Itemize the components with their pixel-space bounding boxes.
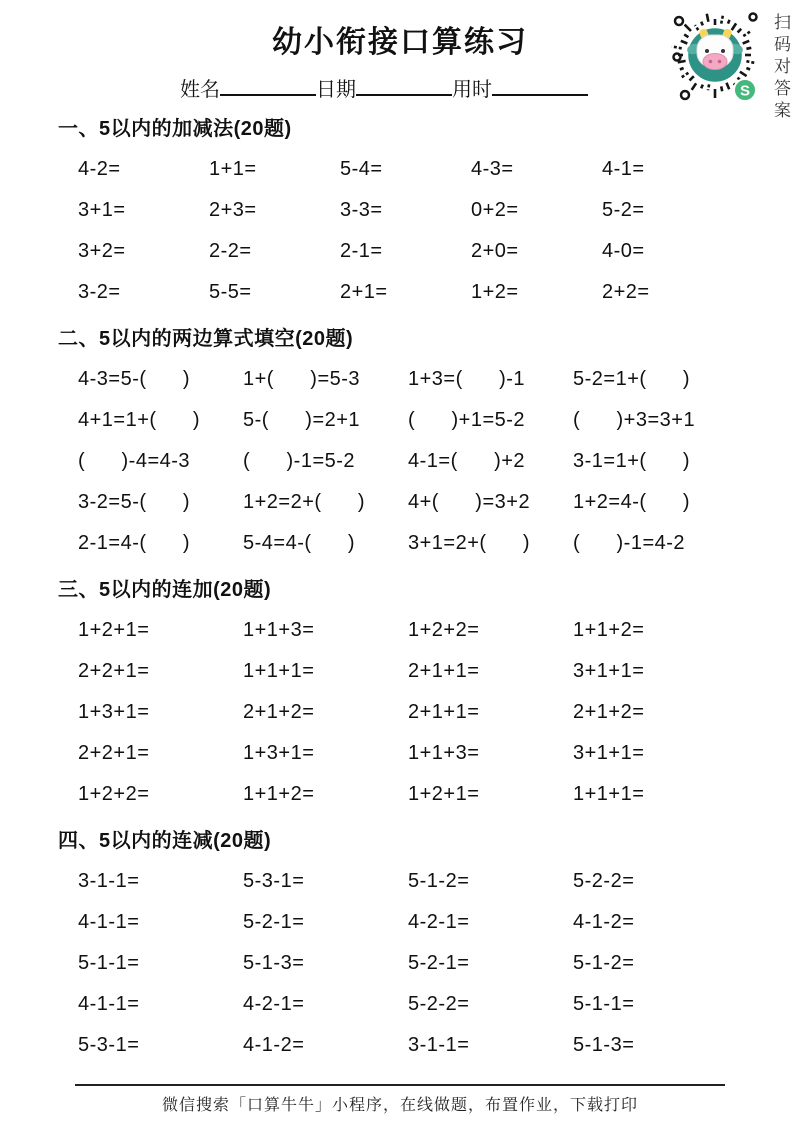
date-blank — [356, 76, 452, 96]
qr-answer-block: S 扫码对答案 — [671, 5, 792, 123]
date-label: 日期 — [316, 79, 356, 101]
problem: 1+2+2= — [78, 774, 243, 815]
problem: 5-3-1= — [243, 861, 408, 902]
problem: 4-1-1= — [78, 902, 243, 943]
problem: 3-2= — [78, 272, 209, 313]
problem: 4-2-1= — [408, 902, 573, 943]
problem-grid: 1+2+1=1+1+3=1+2+2=1+1+2=2+2+1=1+1+1=2+1+… — [78, 610, 800, 815]
problem: 4-1-2= — [243, 1025, 408, 1066]
problem: 5-2-2= — [573, 861, 738, 902]
problem: 1+3+1= — [243, 733, 408, 774]
problem: 2+0= — [471, 231, 602, 272]
problem: 2+1+1= — [408, 651, 573, 692]
problem: 5-1-2= — [573, 943, 738, 984]
qr-code-icon: S — [671, 5, 763, 103]
problem: 5-2= — [602, 190, 733, 231]
problem: 1+2+2= — [408, 610, 573, 651]
problem: 1+1+2= — [243, 774, 408, 815]
problem: 4+( )=3+2 — [408, 482, 573, 523]
problem: ( )+1=5-2 — [408, 400, 573, 441]
sections-container: 一、5以内的加减法(20题)4-2=1+1=5-4=4-3=4-1=3+1=2+… — [0, 115, 800, 1066]
problem: 1+1+3= — [243, 610, 408, 651]
footer-divider — [75, 1084, 725, 1086]
problem: 1+2+1= — [78, 610, 243, 651]
section-heading: 二、5以内的两边算式填空(20题) — [58, 325, 800, 353]
problem: 5-2-2= — [408, 984, 573, 1025]
problem: 1+1+2= — [573, 610, 738, 651]
problem: 3+1=2+( ) — [408, 523, 573, 564]
problem: 5-2-1= — [408, 943, 573, 984]
problem: 3-1=1+( ) — [573, 441, 738, 482]
cow-mascot-icon — [686, 27, 744, 83]
section-1: 一、5以内的加减法(20题)4-2=1+1=5-4=4-3=4-1=3+1=2+… — [0, 115, 800, 313]
problem: 3-1-1= — [408, 1025, 573, 1066]
qr-scan-label: 扫码对答案 — [768, 5, 792, 123]
problem: 5-3-1= — [78, 1025, 243, 1066]
problem: 4+1=1+( ) — [78, 400, 243, 441]
section-2: 二、5以内的两边算式填空(20题)4-3=5-( )1+( )=5-31+3=(… — [0, 325, 800, 564]
problem: 4-3=5-( ) — [78, 359, 243, 400]
problem: 5-4=4-( ) — [243, 523, 408, 564]
problem: 4-2-1= — [243, 984, 408, 1025]
problem: 1+2=4-( ) — [573, 482, 738, 523]
name-label: 姓名 — [180, 79, 220, 101]
problem: 3-1-1= — [78, 861, 243, 902]
problem: 5-( )=2+1 — [243, 400, 408, 441]
page-footer: 微信搜索「口算牛牛」小程序，在线做题，布置作业，下载打印 — [0, 1084, 800, 1117]
problem: 3+1+1= — [573, 651, 738, 692]
problem: 5-1-1= — [78, 943, 243, 984]
problem: 4-1=( )+2 — [408, 441, 573, 482]
problem: 1+2= — [471, 272, 602, 313]
problem: 2+1+1= — [408, 692, 573, 733]
problem: 1+( )=5-3 — [243, 359, 408, 400]
problem: 0+2= — [471, 190, 602, 231]
problem: 4-1-2= — [573, 902, 738, 943]
footer-text: 微信搜索「口算牛牛」小程序，在线做题，布置作业，下载打印 — [0, 1095, 800, 1117]
problem: 5-2-1= — [243, 902, 408, 943]
problem: 4-0= — [602, 231, 733, 272]
problem: 1+3=( )-1 — [408, 359, 573, 400]
svg-text:S: S — [740, 83, 750, 100]
section-3: 三、5以内的连加(20题)1+2+1=1+1+3=1+2+2=1+1+2=2+2… — [0, 576, 800, 815]
problem: 2+1+2= — [243, 692, 408, 733]
problem: ( )+3=3+1 — [573, 400, 738, 441]
problem: 4-2= — [78, 149, 209, 190]
problem: 2+3= — [209, 190, 340, 231]
wechat-miniprogram-icon: S — [734, 79, 756, 101]
problem: 1+2=2+( ) — [243, 482, 408, 523]
problem: 3-3= — [340, 190, 471, 231]
problem: 4-3= — [471, 149, 602, 190]
problem: 4-1= — [602, 149, 733, 190]
problem: 2-1=4-( ) — [78, 523, 243, 564]
problem: 1+1+3= — [408, 733, 573, 774]
problem: ( )-1=5-2 — [243, 441, 408, 482]
problem: ( )-1=4-2 — [573, 523, 738, 564]
problem: 2-2= — [209, 231, 340, 272]
problem: 1+2+1= — [408, 774, 573, 815]
problem: 2+1= — [340, 272, 471, 313]
problem: 5-4= — [340, 149, 471, 190]
section-4: 四、5以内的连减(20题)3-1-1=5-3-1=5-1-2=5-2-2=4-1… — [0, 827, 800, 1066]
problem: 5-1-2= — [408, 861, 573, 902]
problem: 5-1-3= — [573, 1025, 738, 1066]
section-heading: 四、5以内的连减(20题) — [58, 827, 800, 855]
name-blank — [220, 76, 316, 96]
problem: 2+2+1= — [78, 733, 243, 774]
time-blank — [492, 76, 588, 96]
problem: 3+1+1= — [573, 733, 738, 774]
problem: 5-1-1= — [573, 984, 738, 1025]
problem: 2+2= — [602, 272, 733, 313]
problem: ( )-4=4-3 — [78, 441, 243, 482]
problem: 5-1-3= — [243, 943, 408, 984]
problem-grid: 4-2=1+1=5-4=4-3=4-1=3+1=2+3=3-3=0+2=5-2=… — [78, 149, 800, 313]
worksheet-page: S 扫码对答案 幼小衔接口算练习 姓名日期用时 一、5以内的加减法(20题)4-… — [0, 0, 800, 1131]
problem: 3+2= — [78, 231, 209, 272]
problem: 5-5= — [209, 272, 340, 313]
problem: 1+1= — [209, 149, 340, 190]
problem: 2+1+2= — [573, 692, 738, 733]
problem: 2-1= — [340, 231, 471, 272]
problem: 3-2=5-( ) — [78, 482, 243, 523]
problem: 1+1+1= — [243, 651, 408, 692]
problem: 3+1= — [78, 190, 209, 231]
problem: 1+1+1= — [573, 774, 738, 815]
problem-grid: 3-1-1=5-3-1=5-1-2=5-2-2=4-1-1=5-2-1=4-2-… — [78, 861, 800, 1066]
problem: 5-2=1+( ) — [573, 359, 738, 400]
section-heading: 三、5以内的连加(20题) — [58, 576, 800, 604]
time-label: 用时 — [452, 79, 492, 101]
problem: 4-1-1= — [78, 984, 243, 1025]
problem: 1+3+1= — [78, 692, 243, 733]
problem-grid: 4-3=5-( )1+( )=5-31+3=( )-15-2=1+( )4+1=… — [78, 359, 800, 564]
problem: 2+2+1= — [78, 651, 243, 692]
